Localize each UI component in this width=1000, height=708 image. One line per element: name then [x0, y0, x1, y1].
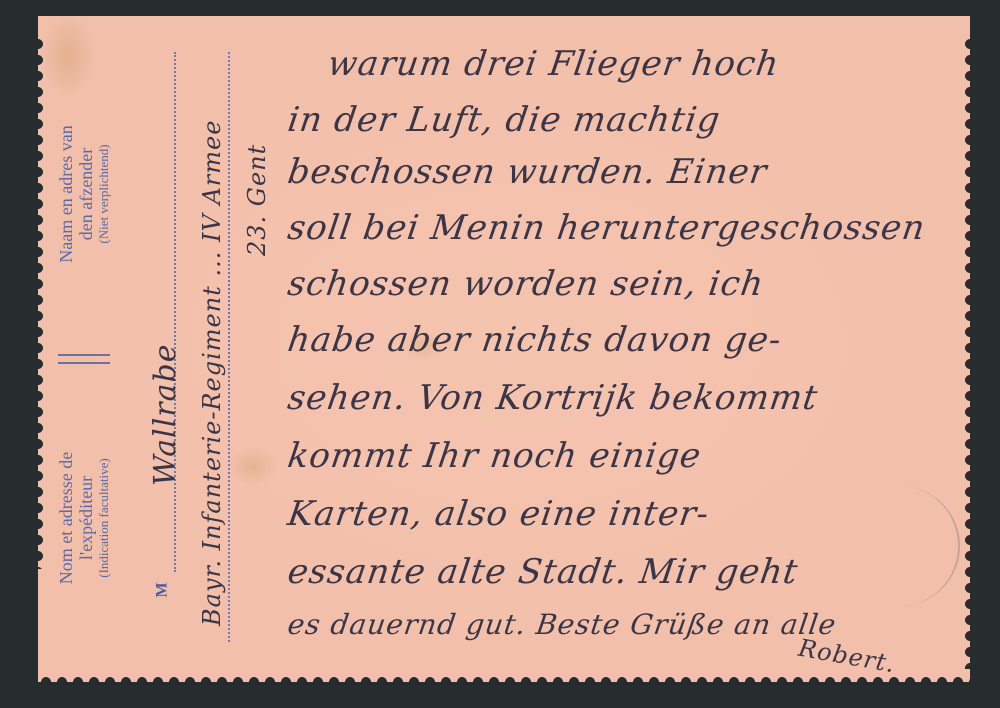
message-line: Karten, also eine inter-: [285, 494, 712, 534]
message-line: habe aber nichts davon ge-: [285, 320, 784, 360]
sender-label-dutch-line2: den afzender: [76, 64, 96, 324]
sender-label-french-line2: l'expéditeur: [76, 398, 96, 638]
message-line: in der Luft, die machtig: [285, 100, 723, 140]
address-dotted-line: [174, 52, 176, 572]
perforation-left: [32, 36, 44, 569]
message-line: schossen worden sein, ich: [285, 264, 766, 304]
divider-line: [58, 362, 110, 364]
sender-label-dutch-line1: Naam en adres van: [56, 64, 76, 324]
message-line: sehen. Von Kortrijk bekommt: [285, 378, 820, 418]
sender-label-dutch-note: (Niet verplichtend): [96, 64, 112, 324]
message-line: essante alte Stadt. Mir geht: [285, 552, 801, 592]
message-line: beschossen wurden. Einer: [285, 152, 770, 192]
divider-line: [58, 354, 110, 356]
scanned-postcard-image: Naam en adres van den afzender (Niet ver…: [0, 0, 1000, 708]
message-line: warum drei Flieger hoch: [325, 44, 782, 84]
letter-card: Naam en adres van den afzender (Niet ver…: [38, 16, 970, 682]
perforation-bottom: [38, 676, 970, 688]
sender-label-french-note: (Indication facultative): [96, 398, 112, 638]
message-line: soll bei Menin heruntergeschossen: [285, 208, 928, 248]
message-line: es dauernd gut. Beste Grüße an alle: [286, 608, 839, 641]
address-dotted-line: [228, 52, 230, 642]
sender-label-french-line1: Nom et adresse de: [56, 398, 76, 638]
sender-label-french: Nom et adresse de l'expéditeur (Indicati…: [56, 398, 112, 638]
perforation-right: [964, 36, 976, 669]
sender-unit-handwriting: Bayr. Infanterie-Regiment ... IV Armee: [198, 120, 226, 626]
message-line: kommt Ihr noch einige: [285, 436, 704, 476]
faint-postmark-arc: [898, 486, 960, 606]
signature: Robert.: [796, 634, 897, 679]
sender-location-handwriting: 23. Gent: [243, 144, 271, 256]
sender-name-handwriting: Wallrabe: [148, 344, 183, 487]
sender-label-dutch: Naam en adres van den afzender (Niet ver…: [56, 64, 112, 324]
addressee-prefix: M: [154, 582, 172, 597]
